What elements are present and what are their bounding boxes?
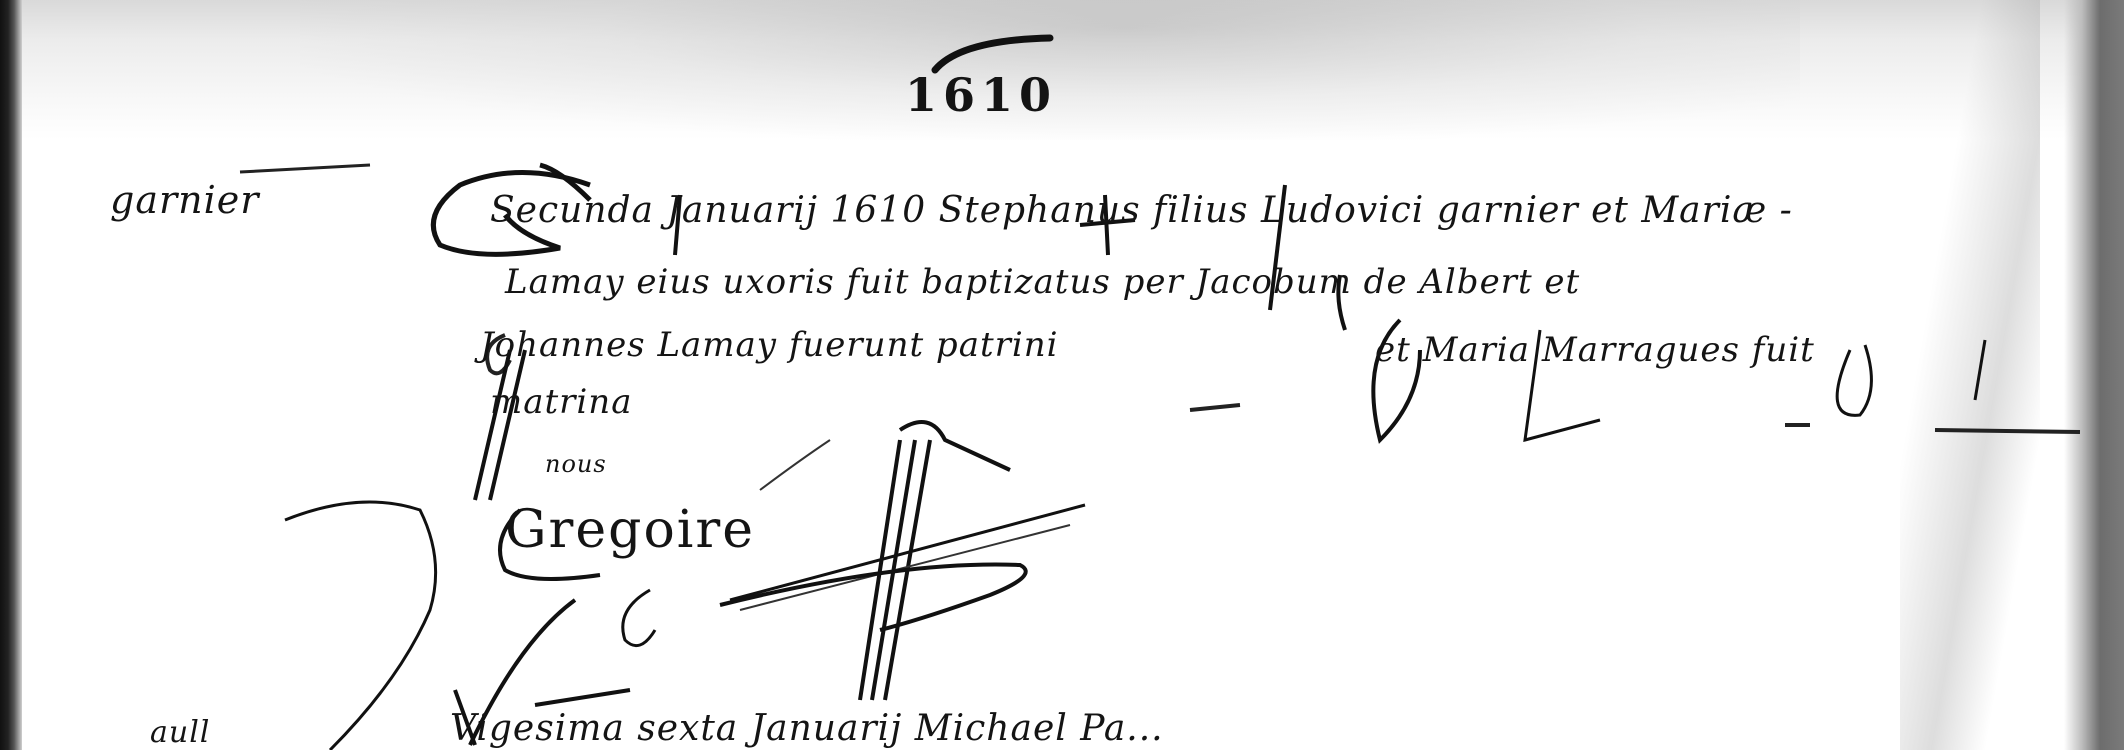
page-left-edge <box>0 0 22 750</box>
entry-line: matrina <box>490 382 632 422</box>
entry-line: Johannes Lamay fuerunt patrini <box>480 325 1059 365</box>
margin-surname: aull <box>150 715 210 750</box>
entry-line: et Maria Marragues fuit <box>1375 330 1815 370</box>
entry-line: Secunda Januarij 1610 Stephanus filius L… <box>490 190 1793 231</box>
page-fold-shadow <box>1900 0 2040 750</box>
entry-line: Lamay eius uxoris fuit baptizatus per Ja… <box>505 262 1580 302</box>
priest-signature: Gregoire <box>505 500 755 560</box>
register-page: 1610 garnier Secunda Januarij 1610 Steph… <box>0 0 2124 750</box>
entry-line: Vigesima sexta Januarij Michael Pa... <box>450 708 1164 749</box>
signature-prefix: nous <box>545 450 607 478</box>
register-year: 1610 <box>905 68 1057 122</box>
page-right-edge <box>2064 0 2124 750</box>
margin-surname: garnier <box>110 178 259 222</box>
